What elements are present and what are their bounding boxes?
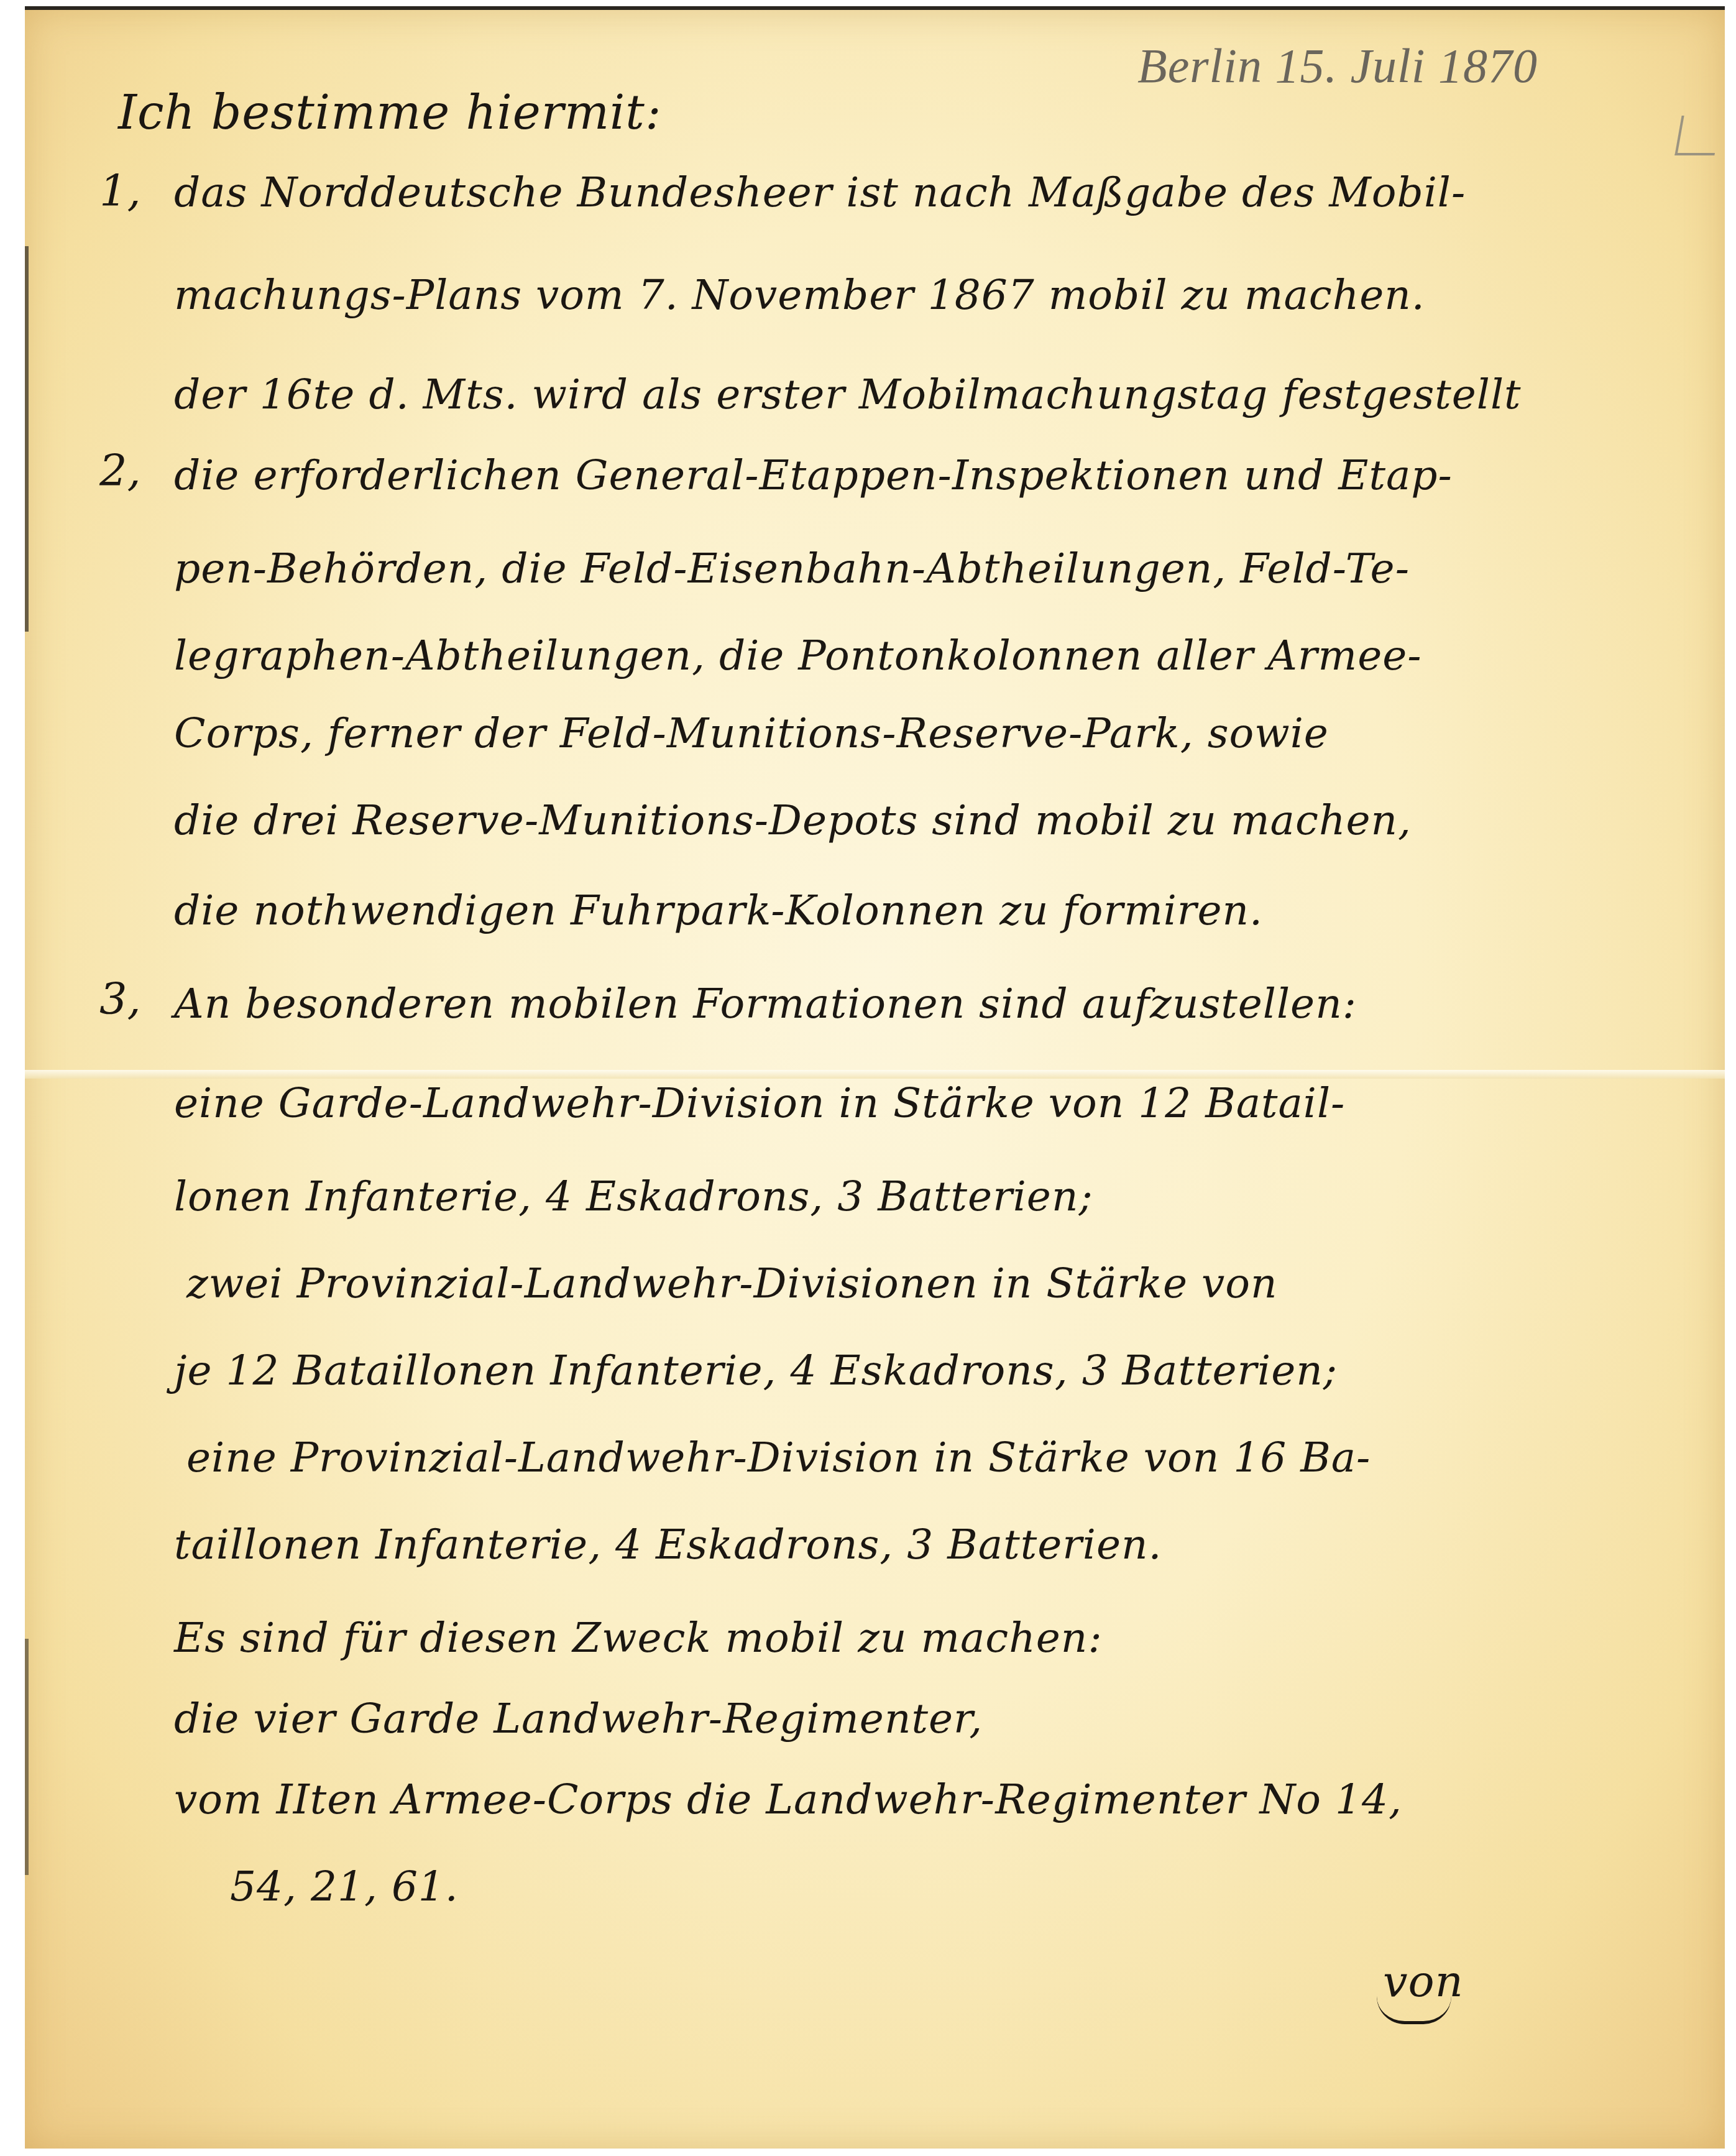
- section-2-line-1: die erforderlichen General-Etappen-Inspe…: [174, 451, 1453, 499]
- section-number-1: 1,: [99, 165, 141, 216]
- section-3-line-9: die vier Garde Landwehr-Regimenter,: [174, 1695, 983, 1743]
- section-2-line-3: legraphen-Abtheilungen, die Pontonkolonn…: [174, 632, 1422, 680]
- binding-edge: [25, 246, 29, 632]
- section-3-line-1: An besonderen mobilen Formationen sind a…: [174, 980, 1357, 1028]
- document-page: Berlin 15. Juli 1870 Ich bestimme hiermi…: [25, 6, 1725, 2149]
- section-3-line-11: 54, 21, 61.: [230, 1863, 459, 1910]
- opening-line: Ich bestimme hiermit:: [118, 85, 662, 140]
- section-number-3: 3,: [99, 974, 141, 1025]
- section-1-line-2: machungs-Plans vom 7. November 1867 mobi…: [174, 271, 1425, 319]
- section-number-2: 2,: [99, 445, 141, 496]
- binding-edge-lower: [25, 1639, 29, 1875]
- section-3-line-4: zwei Provinzial-Landwehr-Divisionen in S…: [186, 1260, 1277, 1307]
- section-2-line-2: pen-Behörden, die Feld-Eisenbahn-Abtheil…: [174, 545, 1410, 592]
- signature-flourish: [1377, 1996, 1451, 2024]
- pencil-date-note: Berlin 15. Juli 1870: [1137, 38, 1538, 94]
- section-3-line-10: vom IIten Armee-Corps die Landwehr-Regim…: [174, 1776, 1402, 1823]
- section-3-line-8: Es sind für diesen Zweck mobil zu machen…: [174, 1614, 1103, 1662]
- section-1-line-1: das Norddeutsche Bundesheer ist nach Maß…: [174, 168, 1466, 216]
- section-3-line-6: eine Provinzial-Landwehr-Division in Stä…: [186, 1434, 1371, 1481]
- section-3-line-5: je 12 Bataillonen Infanterie, 4 Eskadron…: [174, 1347, 1338, 1394]
- section-3-line-3: lonen Infanterie, 4 Eskadrons, 3 Batteri…: [174, 1172, 1093, 1220]
- check-mark-icon: [1674, 116, 1721, 155]
- section-3-line-7: taillonen Infanterie, 4 Eskadrons, 3 Bat…: [174, 1521, 1162, 1569]
- section-2-line-6: die nothwendigen Fuhrpark-Kolonnen zu fo…: [174, 887, 1263, 934]
- section-1-line-3: der 16te d. Mts. wird als erster Mobilma…: [174, 371, 1522, 418]
- section-2-line-5: die drei Reserve-Munitions-Depots sind m…: [174, 796, 1412, 844]
- section-2-line-4: Corps, ferner der Feld-Munitions-Reserve…: [174, 709, 1329, 757]
- section-3-line-2: eine Garde-Landwehr-Division in Stärke v…: [174, 1079, 1345, 1127]
